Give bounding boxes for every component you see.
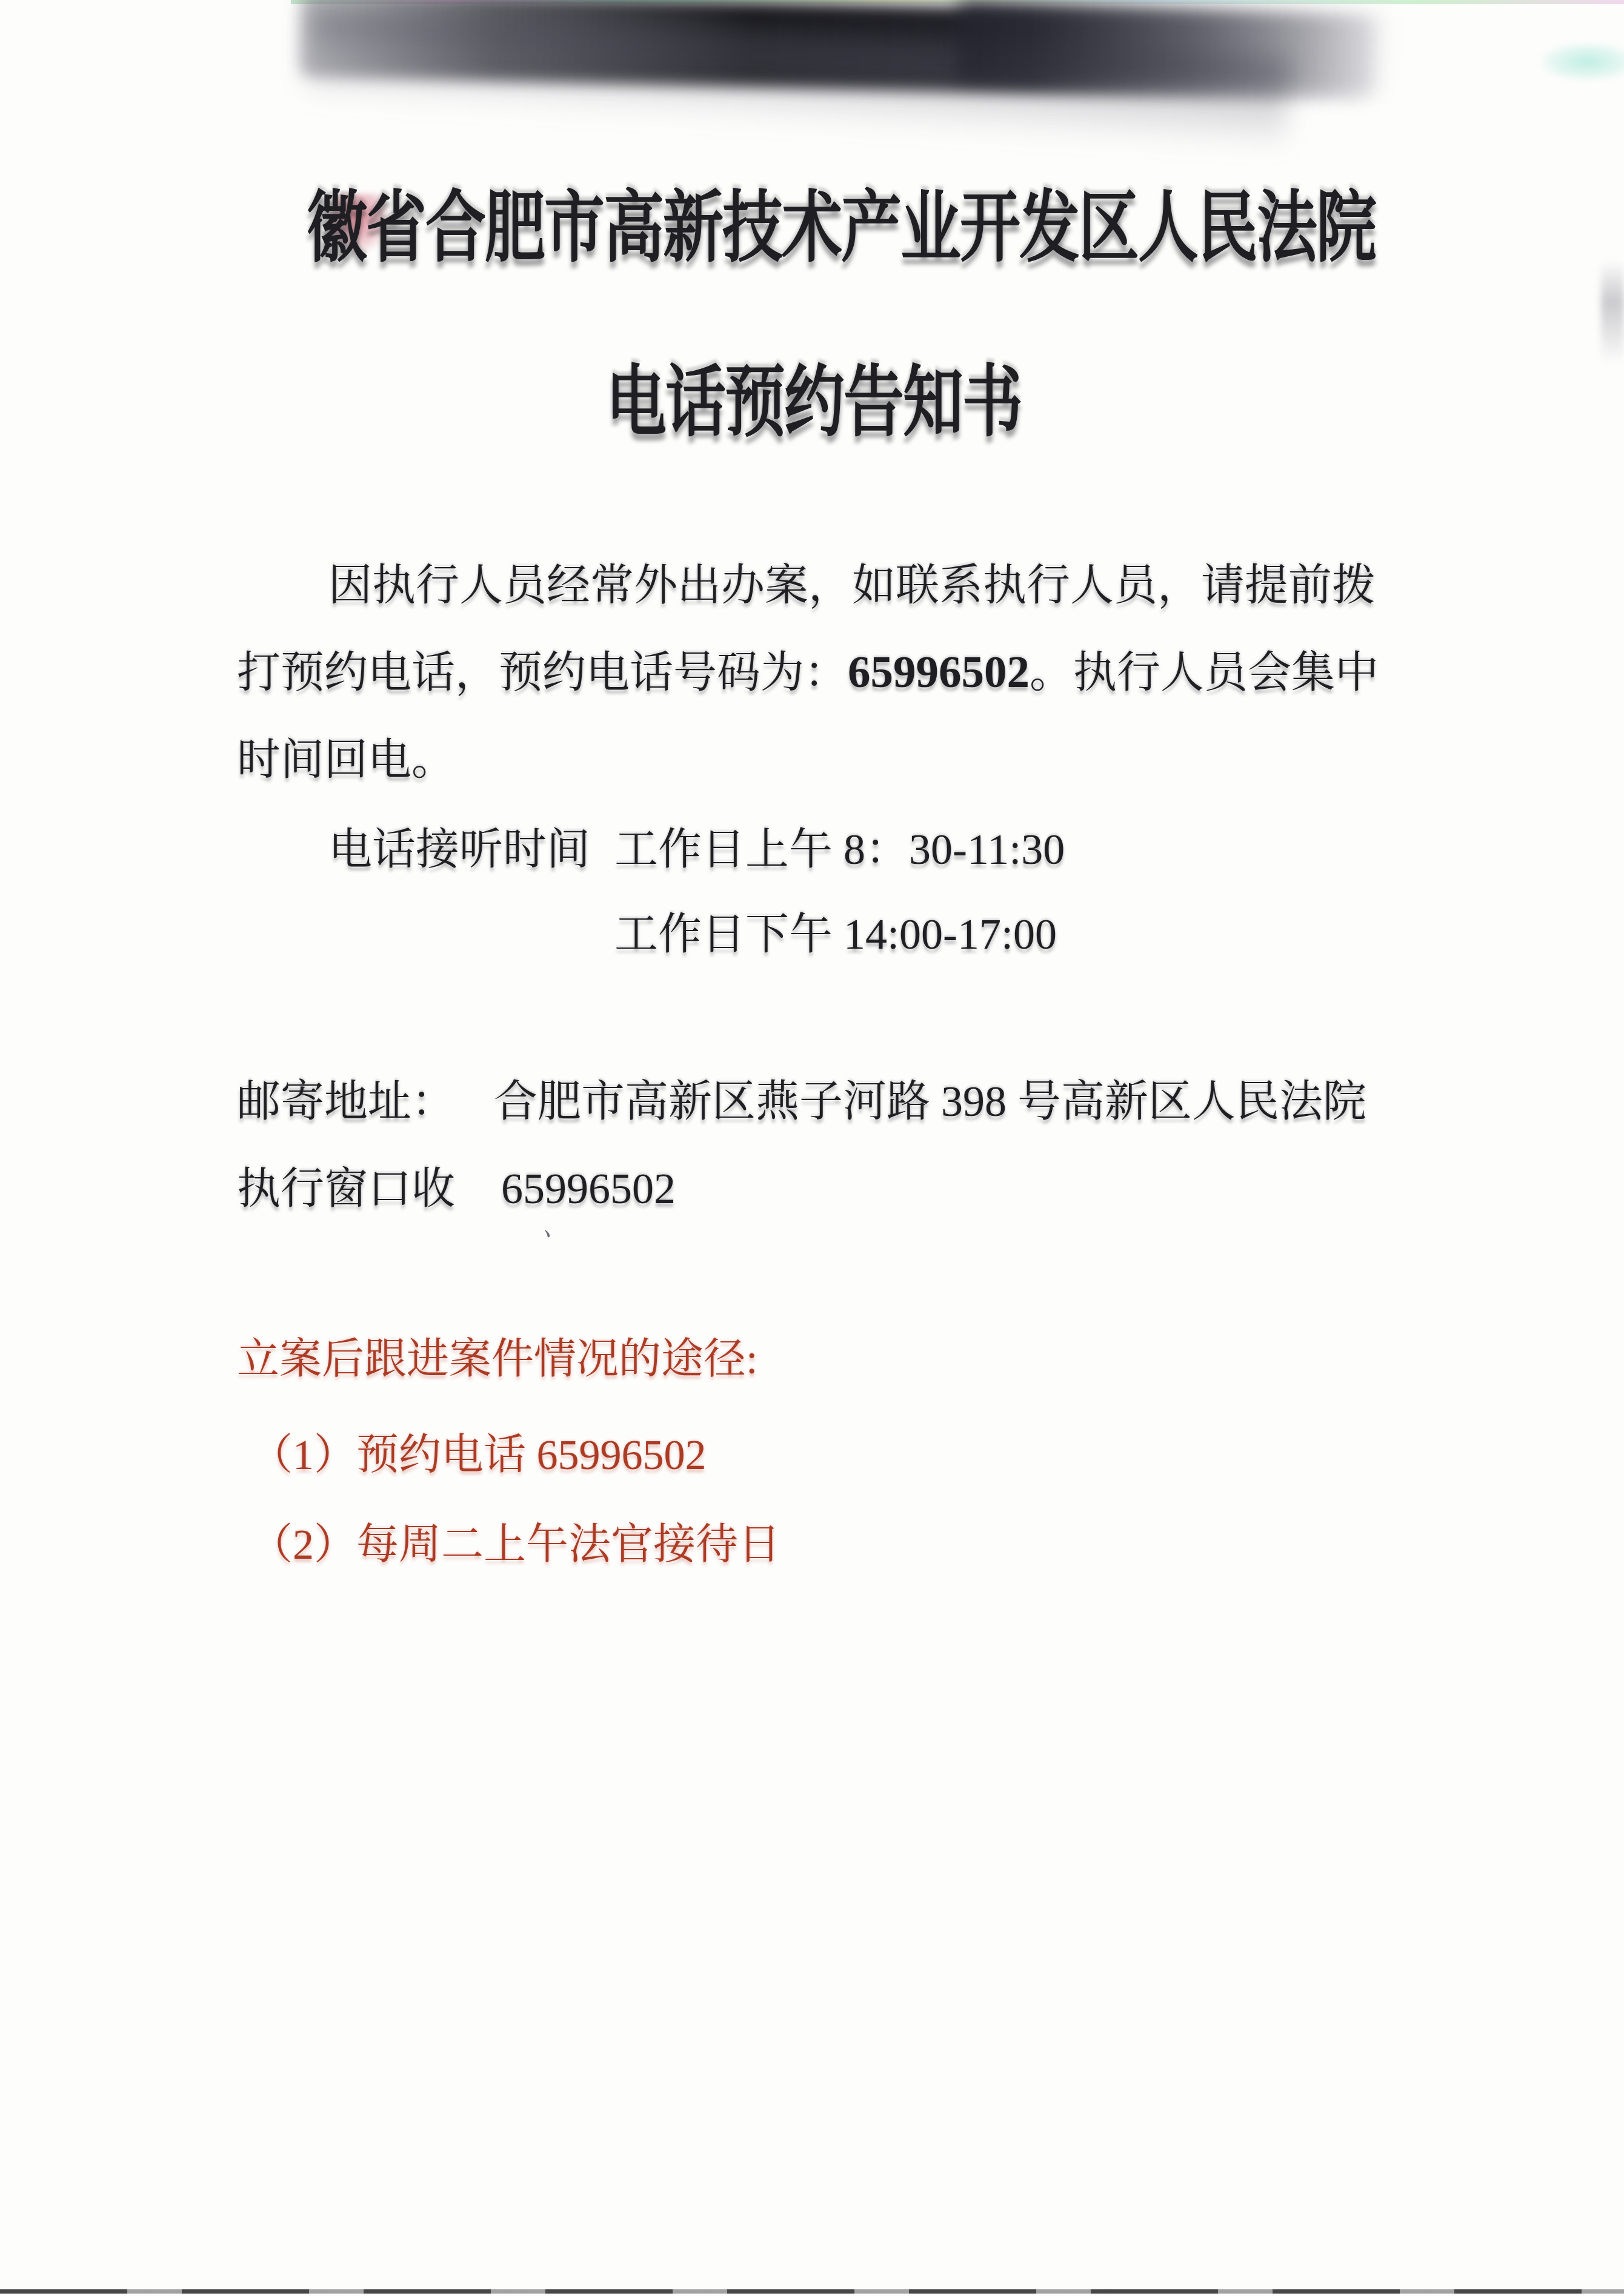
followup-heading: 立案后跟进案件情况的途径: xyxy=(237,1339,757,1381)
mailing-address-value: 合肥市高新区燕子河路 398 号高新区人民法院 xyxy=(494,1077,1366,1126)
court-title: 徽省合肥市高新技术产业开发区人民法院 xyxy=(307,189,1376,267)
stray-pen-mark: 、 xyxy=(542,1214,573,1245)
paragraph-line-2: 打预约电话，预约电话号码为：65996502。执行人员会集中 xyxy=(237,649,1379,695)
scan-shadow-fade xyxy=(304,8,1290,174)
scan-shadow-right-extension xyxy=(956,0,1383,93)
paragraph-line-2-tail: 。执行人员会集中 xyxy=(1030,648,1379,697)
answering-hours-afternoon: 工作日下午 14:00-17:00 xyxy=(614,912,1057,956)
followup-item-phone: （1）预约电话 65996502 xyxy=(250,1435,707,1477)
followup-item-reception-day: （2）每周二上午法官接待日 xyxy=(250,1524,780,1567)
scan-edge-bottom-line xyxy=(0,2289,1624,2294)
paragraph-line-1: 因执行人员经常外出办案，如联系执行人员，请提前拨 xyxy=(328,563,1376,607)
paragraph-line-2-text: 打预约电话，预约电话号码为： xyxy=(237,648,848,697)
scan-smear-right-edge xyxy=(1601,260,1624,363)
mailing-phone-number: 65996502 xyxy=(501,1164,676,1213)
notice-title: 电话预约告知书 xyxy=(606,363,1022,441)
appointment-phone-number: 65996502 xyxy=(848,647,1030,697)
mailing-recipient-line: 执行窗口收65996502 xyxy=(237,1167,676,1210)
mailing-address-label: 邮寄地址： xyxy=(237,1077,455,1126)
paragraph-line-3: 时间回电。 xyxy=(237,738,455,781)
answering-hours-label: 电话接听时间 xyxy=(328,825,590,874)
scan-shadow-band xyxy=(299,0,1374,101)
scan-smudge-top-right xyxy=(1542,44,1624,80)
mailing-address-line: 邮寄地址：合肥市高新区燕子河路 398 号高新区人民法院 xyxy=(237,1080,1366,1123)
mailing-recipient: 执行窗口收 xyxy=(237,1164,455,1213)
answering-hours-line-1: 电话接听时间工作日上午 8：30-11:30 xyxy=(328,828,1065,871)
answering-hours-morning: 工作日上午 8：30-11:30 xyxy=(614,825,1065,874)
scan-edge-color-fringe xyxy=(291,0,1624,4)
scanned-document-page: 徽省合肥市高新技术产业开发区人民法院 电话预约告知书 因执行人员经常外出办案，如… xyxy=(0,0,1624,2296)
